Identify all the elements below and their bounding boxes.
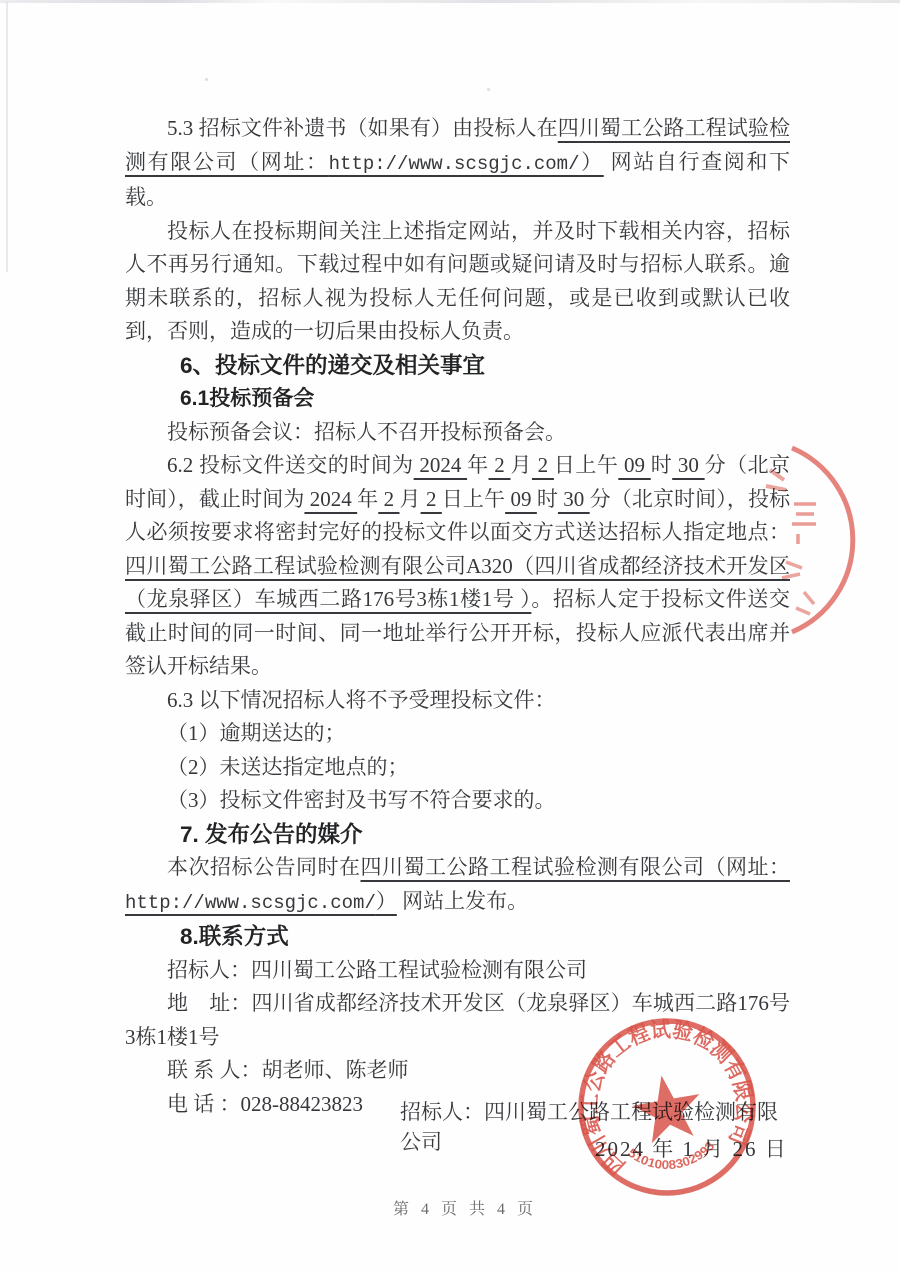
signature-date: 2024 年 1 月 26 日 (125, 1133, 790, 1163)
page-number-footer: 第 4 页 共 4 页 (393, 1196, 537, 1219)
text-run: 本次招标公告同时在 (167, 855, 361, 879)
list-item-1: （1）逾期送达的； (125, 717, 790, 751)
contact-person: 联 系 人：胡老师、陈老师 (125, 1054, 790, 1088)
contact-address: 地 址：四川省成都经济技术开发区（龙泉驿区）车城西二路176号3栋1楼1号 (125, 987, 790, 1054)
partial-stamp-arc (792, 448, 853, 632)
text-run: 日上午 (554, 453, 618, 477)
text-run: ） (376, 889, 397, 913)
contact-tenderer: 招标人：四川蜀工公路工程试验检测有限公司 (125, 954, 790, 988)
paragraph-5-3: 5.3 招标文件补遗书（如果有）由投标人在四川蜀工公路工程试验检测有限公司（网址… (125, 112, 790, 215)
scan-speck (487, 88, 490, 91)
text-run: http://www.scsgjc.com/ (125, 892, 376, 914)
text-run: 6.2 投标文件送交的时间为 (167, 453, 414, 477)
paragraph-6-3: 6.3 以下情况招标人将不予受理投标文件： (125, 684, 790, 718)
text-run: 30 (672, 453, 704, 477)
text-run: 09 (618, 453, 650, 477)
text-run: 年 (467, 453, 488, 477)
text-run: 5.3 招标文件补遗书（如果有）由投标人在 (167, 116, 558, 140)
text-run: 时 (651, 453, 672, 477)
text-run: 2024 (304, 487, 357, 511)
scanned-document-page: 5.3 招标文件补遗书（如果有）由投标人在四川蜀工公路工程试验检测有限公司（网址… (0, 0, 900, 1272)
heading-8: 8.联系方式 (125, 920, 790, 954)
paragraph-6-1: 投标预备会议：招标人不召开投标预备会。 (125, 416, 790, 450)
text-run: 网站上发布。 (397, 889, 528, 913)
text-run: 2 (378, 487, 399, 511)
text-run: 月 (399, 487, 420, 511)
scan-edge-top (0, 0, 900, 3)
text-run: 30 (558, 487, 590, 511)
text-run: 月 (510, 453, 531, 477)
list-item-3: （3）投标文件密封及书写不符合要求的。 (125, 784, 790, 818)
text-run: 日上午 (442, 487, 505, 511)
paragraph-7: 本次招标公告同时在四川蜀工公路工程试验检测有限公司（网址： http://www… (125, 851, 790, 920)
heading-6: 6、投标文件的递交及相关事宜 (125, 349, 790, 383)
text-run: 时 (537, 487, 558, 511)
text-run: 年 (357, 487, 378, 511)
paragraph-6-2: 6.2 投标文件送交的时间为 2024 年 2 月 2 日上午 09 时 30 … (125, 449, 790, 684)
text-run: 09 (505, 487, 537, 511)
heading-6-1: 6.1投标预备会 (125, 382, 790, 416)
text-run: 四川蜀工公路工程试验检测有限公司（网址： (361, 855, 791, 879)
paragraph-5-3-note: 投标人在投标期间关注上述指定网站，并及时下载相关内容，招标人不再另行通知。下载过… (125, 215, 790, 349)
text-run: 2024 (414, 453, 467, 477)
stamp-fragment (792, 504, 816, 544)
scan-speck (205, 78, 208, 81)
list-item-2: （2）未送达指定地点的； (125, 751, 790, 785)
scan-edge-left (6, 2, 8, 272)
heading-7: 7. 发布公告的媒介 (125, 818, 790, 852)
document-body: 5.3 招标文件补遗书（如果有）由投标人在四川蜀工公路工程试验检测有限公司（网址… (125, 112, 790, 1121)
text-run: 2 (421, 487, 442, 511)
text-run: 2 (532, 453, 554, 477)
text-run: 2 (489, 453, 511, 477)
text-run: ） (579, 150, 603, 174)
text-run: http://www.scsgjc.com/ (329, 153, 580, 175)
